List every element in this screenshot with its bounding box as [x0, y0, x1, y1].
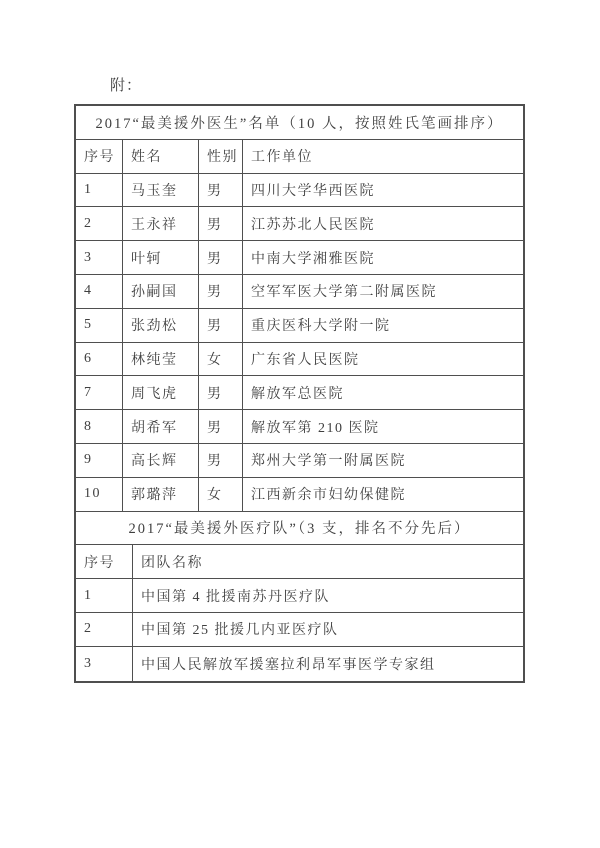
- doctor-unit: 重庆医科大学附一院: [243, 309, 523, 342]
- doctor-serial: 6: [76, 343, 123, 376]
- doctor-gender: 女: [199, 343, 243, 376]
- doctor-row: 1 马玉奎 男 四川大学华西医院: [76, 174, 523, 208]
- doctor-gender: 男: [199, 309, 243, 342]
- doctors-section-title: 2017“最美援外医生”名单（10 人，按照姓氏笔画排序）: [96, 112, 504, 133]
- doctor-row: 2 王永祥 男 江苏苏北人民医院: [76, 207, 523, 241]
- teams-header-row: 序号 团队名称: [76, 545, 523, 579]
- team-name: 中国人民解放军援塞拉利昂军事医学专家组: [133, 647, 523, 681]
- doctor-serial: 8: [76, 410, 123, 443]
- doctor-unit: 中南大学湘雅医院: [243, 241, 523, 274]
- doctor-name: 高长辉: [123, 444, 199, 477]
- doctor-name: 张劲松: [123, 309, 199, 342]
- doctor-row: 9 高长辉 男 郑州大学第一附属医院: [76, 444, 523, 478]
- doctor-gender: 男: [199, 207, 243, 240]
- teams-section-title: 2017“最美援外医疗队”（3 支，排名不分先后）: [129, 517, 471, 538]
- doctor-unit: 空军军医大学第二附属医院: [243, 275, 523, 308]
- teams-section-title-row: 2017“最美援外医疗队”（3 支，排名不分先后）: [76, 512, 523, 546]
- doctor-serial: 10: [76, 478, 123, 511]
- doctor-name: 周飞虎: [123, 376, 199, 409]
- doctor-serial: 9: [76, 444, 123, 477]
- doctor-name: 马玉奎: [123, 174, 199, 207]
- team-row: 2 中国第 25 批援几内亚医疗队: [76, 613, 523, 647]
- doctor-unit: 江西新余市妇幼保健院: [243, 478, 523, 511]
- doctor-unit: 四川大学华西医院: [243, 174, 523, 207]
- document-page: 附： 2017“最美援外医生”名单（10 人，按照姓氏笔画排序） 序号 姓名 性…: [0, 0, 600, 848]
- doctor-serial: 5: [76, 309, 123, 342]
- doctor-serial: 1: [76, 174, 123, 207]
- team-serial: 1: [76, 579, 133, 612]
- doctor-gender: 男: [199, 241, 243, 274]
- doctor-row: 5 张劲松 男 重庆医科大学附一院: [76, 309, 523, 343]
- doctors-header-name: 姓名: [123, 140, 199, 173]
- doctor-row: 8 胡希军 男 解放军第 210 医院: [76, 410, 523, 444]
- doctor-unit: 广东省人民医院: [243, 343, 523, 376]
- doctor-gender: 男: [199, 444, 243, 477]
- doctor-unit: 郑州大学第一附属医院: [243, 444, 523, 477]
- doctor-name: 叶轲: [123, 241, 199, 274]
- doctor-name: 胡希军: [123, 410, 199, 443]
- doctor-name: 王永祥: [123, 207, 199, 240]
- doctor-row: 7 周飞虎 男 解放军总医院: [76, 376, 523, 410]
- doctor-name: 孙嗣国: [123, 275, 199, 308]
- doctor-serial: 4: [76, 275, 123, 308]
- doctor-unit: 解放军第 210 医院: [243, 410, 523, 443]
- doctor-gender: 男: [199, 174, 243, 207]
- team-name: 中国第 25 批援几内亚医疗队: [133, 613, 523, 646]
- award-table: 2017“最美援外医生”名单（10 人，按照姓氏笔画排序） 序号 姓名 性别 工…: [74, 104, 525, 683]
- doctor-name: 郭璐萍: [123, 478, 199, 511]
- doctor-serial: 3: [76, 241, 123, 274]
- doctor-gender: 男: [199, 275, 243, 308]
- team-row: 3 中国人民解放军援塞拉利昂军事医学专家组: [76, 647, 523, 681]
- doctors-header-gender: 性别: [199, 140, 243, 173]
- doctor-row: 6 林纯莹 女 广东省人民医院: [76, 343, 523, 377]
- doctor-name: 林纯莹: [123, 343, 199, 376]
- doctor-gender: 男: [199, 376, 243, 409]
- teams-header-name: 团队名称: [133, 545, 523, 578]
- doctors-header-row: 序号 姓名 性别 工作单位: [76, 140, 523, 174]
- doctor-row: 3 叶轲 男 中南大学湘雅医院: [76, 241, 523, 275]
- doctor-serial: 2: [76, 207, 123, 240]
- doctor-unit: 解放军总医院: [243, 376, 523, 409]
- team-serial: 2: [76, 613, 133, 646]
- team-serial: 3: [76, 647, 133, 681]
- team-row: 1 中国第 4 批援南苏丹医疗队: [76, 579, 523, 613]
- attachment-label: 附：: [110, 74, 142, 95]
- doctors-section-title-row: 2017“最美援外医生”名单（10 人，按照姓氏笔画排序）: [76, 106, 523, 140]
- doctor-unit: 江苏苏北人民医院: [243, 207, 523, 240]
- doctor-gender: 男: [199, 410, 243, 443]
- doctor-serial: 7: [76, 376, 123, 409]
- teams-header-serial: 序号: [76, 545, 133, 578]
- doctor-gender: 女: [199, 478, 243, 511]
- doctors-header-serial: 序号: [76, 140, 123, 173]
- doctor-row: 4 孙嗣国 男 空军军医大学第二附属医院: [76, 275, 523, 309]
- team-name: 中国第 4 批援南苏丹医疗队: [133, 579, 523, 612]
- doctors-header-unit: 工作单位: [243, 140, 523, 173]
- doctor-row: 10 郭璐萍 女 江西新余市妇幼保健院: [76, 478, 523, 512]
